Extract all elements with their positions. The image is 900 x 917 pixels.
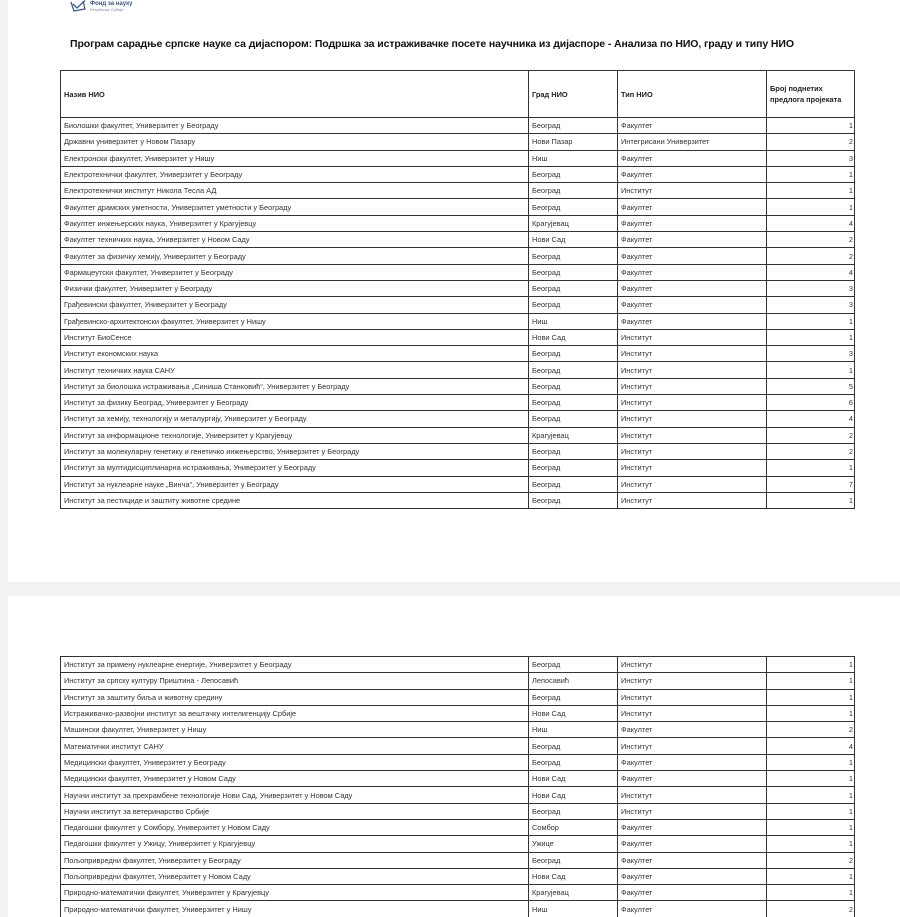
- cell-city: Нови Сад: [529, 771, 618, 787]
- table-row: Институт за пестициде и заштиту животне …: [61, 492, 855, 508]
- cell-count: 1: [767, 787, 855, 803]
- cell-city: Нови Пазар: [529, 134, 618, 150]
- cell-type: Факултет: [618, 852, 767, 868]
- cell-name: Научни институт за прехрамбене технологи…: [61, 787, 529, 803]
- cell-name: Физички факултет, Универзитет у Београду: [61, 280, 529, 296]
- cell-city: Нови Сад: [529, 868, 618, 884]
- cell-name: Институт за биолошка истраживања „Синиша…: [61, 378, 529, 394]
- table-row: Грађевински факултет, Универзитет у Беог…: [61, 297, 855, 313]
- table-row: Институт за нуклеарне науке „Винча“, Уни…: [61, 476, 855, 492]
- cell-name: Институт за нуклеарне науке „Винча“, Уни…: [61, 476, 529, 492]
- checkmark-envelope-icon: [70, 0, 86, 13]
- cell-type: Институт: [618, 673, 767, 689]
- cell-count: 1: [767, 803, 855, 819]
- cell-type: Интегрисани Универзитет: [618, 134, 767, 150]
- table-row: Факултет за физичку хемију, Универзитет …: [61, 248, 855, 264]
- document-title: Програм сарадње српске науке са дијаспор…: [70, 38, 794, 50]
- table-row: Физички факултет, Универзитет у Београду…: [61, 280, 855, 296]
- cell-count: 2: [767, 248, 855, 264]
- cell-count: 1: [767, 183, 855, 199]
- cell-type: Факултет: [618, 771, 767, 787]
- cell-name: Државни универзитет у Новом Пазару: [61, 134, 529, 150]
- cell-name: Природно-математички факултет, Универзит…: [61, 885, 529, 901]
- cell-name: Институт техничких наука САНУ: [61, 362, 529, 378]
- cell-name: Педагошки факултет у Ужицу, Универзитет …: [61, 836, 529, 852]
- cell-city: Нови Сад: [529, 705, 618, 721]
- cell-city: Ниш: [529, 150, 618, 166]
- cell-count: 2: [767, 722, 855, 738]
- cell-type: Факултет: [618, 264, 767, 280]
- cell-type: Институт: [618, 427, 767, 443]
- cell-count: 2: [767, 232, 855, 248]
- table-row: Природно-математички факултет, Универзит…: [61, 901, 855, 917]
- logo-subtitle: Републике Србије: [90, 8, 132, 12]
- table-row: Институт БиоСенсеНови СадИнститут1: [61, 329, 855, 345]
- cell-name: Факултет драмских уметности, Универзитет…: [61, 199, 529, 215]
- table-row: Институт за молекуларну генетику и генет…: [61, 443, 855, 459]
- cell-count: 1: [767, 673, 855, 689]
- cell-city: Београд: [529, 460, 618, 476]
- fund-logo: Фонд за науку Републике Србије: [70, 0, 132, 13]
- table-row: Научни институт за ветеринарство СрбијеБ…: [61, 803, 855, 819]
- cell-city: Нови Сад: [529, 329, 618, 345]
- cell-city: Београд: [529, 199, 618, 215]
- table-row: Факултет инжењерских наука, Универзитет …: [61, 215, 855, 231]
- cell-city: Београд: [529, 476, 618, 492]
- cell-count: 3: [767, 297, 855, 313]
- cell-count: 1: [767, 460, 855, 476]
- table-row: Педагошки факултет у Ужицу, Универзитет …: [61, 836, 855, 852]
- cell-type: Факултет: [618, 722, 767, 738]
- table-row: Грађевинско-архитектонски факултет, Унив…: [61, 313, 855, 329]
- cell-type: Институт: [618, 329, 767, 345]
- cell-count: 2: [767, 134, 855, 150]
- cell-type: Факултет: [618, 232, 767, 248]
- cell-count: 2: [767, 901, 855, 917]
- cell-city: Београд: [529, 183, 618, 199]
- table-row: Истраживачко-развојни институт за вештач…: [61, 705, 855, 721]
- table-row: Институт за примену нуклеарне енергије, …: [61, 657, 855, 673]
- table-row: Медицински факултет, Универзитет у Новом…: [61, 771, 855, 787]
- cell-type: Институт: [618, 395, 767, 411]
- table-row: Институт за хемију, технологију и металу…: [61, 411, 855, 427]
- table-row: Институт за информационе технологије, Ун…: [61, 427, 855, 443]
- cell-count: 1: [767, 836, 855, 852]
- cell-name: Биолошки факултет, Универзитет у Београд…: [61, 118, 529, 134]
- cell-type: Факултет: [618, 819, 767, 835]
- table-row: Електронски факултет, Универзитет у Нишу…: [61, 150, 855, 166]
- cell-city: Београд: [529, 166, 618, 182]
- cell-type: Факултет: [618, 297, 767, 313]
- cell-count: 1: [767, 166, 855, 182]
- cell-count: 6: [767, 395, 855, 411]
- cell-type: Институт: [618, 705, 767, 721]
- cell-name: Институт за пестициде и заштиту животне …: [61, 492, 529, 508]
- cell-name: Математички институт САНУ: [61, 738, 529, 754]
- table-row: Факултет техничких наука, Универзитет у …: [61, 232, 855, 248]
- table-row: Математички институт САНУБеоградИнститут…: [61, 738, 855, 754]
- cell-name: Институт за српску културу Приштина - Ле…: [61, 673, 529, 689]
- table-row: Институт економских наукаБеоградИнститут…: [61, 346, 855, 362]
- cell-type: Факултет: [618, 885, 767, 901]
- cell-count: 1: [767, 754, 855, 770]
- cell-name: Електротехнички факултет, Универзитет у …: [61, 166, 529, 182]
- cell-type: Факултет: [618, 150, 767, 166]
- table-row: Државни универзитет у Новом ПазаруНови П…: [61, 134, 855, 150]
- cell-count: 4: [767, 215, 855, 231]
- cell-count: 3: [767, 346, 855, 362]
- cell-city: Крагујевац: [529, 215, 618, 231]
- cell-count: 1: [767, 819, 855, 835]
- cell-name: Пољопривредни факултет, Универзитет у Но…: [61, 868, 529, 884]
- cell-name: Институт за физику Београд, Универзитет …: [61, 395, 529, 411]
- cell-name: Природно-математички факултет, Универзит…: [61, 901, 529, 917]
- cell-type: Институт: [618, 183, 767, 199]
- cell-city: Ужице: [529, 836, 618, 852]
- cell-city: Сомбор: [529, 819, 618, 835]
- cell-type: Факултет: [618, 199, 767, 215]
- cell-count: 3: [767, 150, 855, 166]
- cell-type: Институт: [618, 411, 767, 427]
- cell-city: Београд: [529, 492, 618, 508]
- cell-name: Факултет инжењерских наука, Универзитет …: [61, 215, 529, 231]
- cell-count: 1: [767, 362, 855, 378]
- cell-name: Електронски факултет, Универзитет у Нишу: [61, 150, 529, 166]
- cell-type: Факултет: [618, 836, 767, 852]
- cell-city: Београд: [529, 264, 618, 280]
- cell-count: 1: [767, 492, 855, 508]
- cell-count: 2: [767, 852, 855, 868]
- table-row: Институт за мултидисциплинарна истражива…: [61, 460, 855, 476]
- cell-count: 1: [767, 199, 855, 215]
- cell-count: 3: [767, 280, 855, 296]
- cell-type: Институт: [618, 787, 767, 803]
- cell-name: Институт за мултидисциплинарна истражива…: [61, 460, 529, 476]
- header-name: Назив НИО: [61, 71, 529, 118]
- cell-type: Факултет: [618, 166, 767, 182]
- header-type: Тип НИО: [618, 71, 767, 118]
- cell-name: Грађевинско-архитектонски факултет, Унив…: [61, 313, 529, 329]
- cell-city: Београд: [529, 443, 618, 459]
- header-count: Број поднетих предлога пројеката: [767, 71, 855, 118]
- cell-city: Ниш: [529, 313, 618, 329]
- cell-count: 4: [767, 264, 855, 280]
- cell-type: Институт: [618, 492, 767, 508]
- cell-name: Педагошки факултет у Сомбору, Универзите…: [61, 819, 529, 835]
- cell-city: Београд: [529, 738, 618, 754]
- cell-type: Факултет: [618, 901, 767, 917]
- document-page-2: Институт за примену нуклеарне енергије, …: [8, 596, 900, 917]
- cell-city: Београд: [529, 297, 618, 313]
- cell-city: Београд: [529, 395, 618, 411]
- cell-name: Медицински факултет, Универзитет у Беогр…: [61, 754, 529, 770]
- cell-type: Институт: [618, 689, 767, 705]
- table-row: Институт за заштиту биља и животну среди…: [61, 689, 855, 705]
- cell-count: 1: [767, 705, 855, 721]
- cell-name: Институт за заштиту биља и животну среди…: [61, 689, 529, 705]
- cell-count: 1: [767, 313, 855, 329]
- cell-type: Факултет: [618, 118, 767, 134]
- cell-type: Факултет: [618, 754, 767, 770]
- cell-name: Пољопривредни факултет, Универзитет у Бе…: [61, 852, 529, 868]
- header-city: Град НИО: [529, 71, 618, 118]
- cell-type: Институт: [618, 443, 767, 459]
- cell-city: Крагујевац: [529, 427, 618, 443]
- cell-name: Институт за хемију, технологију и металу…: [61, 411, 529, 427]
- table-row: Електротехнички институт Никола Тесла АД…: [61, 183, 855, 199]
- cell-city: Лепосавић: [529, 673, 618, 689]
- cell-count: 4: [767, 738, 855, 754]
- cell-name: Институт за примену нуклеарне енергије, …: [61, 657, 529, 673]
- cell-type: Факултет: [618, 313, 767, 329]
- table-row: Педагошки факултет у Сомбору, Универзите…: [61, 819, 855, 835]
- cell-type: Институт: [618, 476, 767, 492]
- cell-name: Институт економских наука: [61, 346, 529, 362]
- table-header-row: Назив НИО Град НИО Тип НИО Број поднетих…: [61, 71, 855, 118]
- cell-city: Нови Сад: [529, 232, 618, 248]
- cell-name: Грађевински факултет, Универзитет у Беог…: [61, 297, 529, 313]
- cell-city: Београд: [529, 362, 618, 378]
- cell-type: Институт: [618, 346, 767, 362]
- cell-type: Институт: [618, 657, 767, 673]
- cell-city: Београд: [529, 248, 618, 264]
- cell-name: Фармацеутски факултет, Универзитет у Бео…: [61, 264, 529, 280]
- cell-count: 1: [767, 885, 855, 901]
- cell-name: Институт за информационе технологије, Ун…: [61, 427, 529, 443]
- cell-count: 2: [767, 443, 855, 459]
- table-row: Институт за физику Београд, Универзитет …: [61, 395, 855, 411]
- cell-count: 1: [767, 689, 855, 705]
- table-row: Факултет драмских уметности, Универзитет…: [61, 199, 855, 215]
- cell-name: Истраживачко-развојни институт за вештач…: [61, 705, 529, 721]
- table-row: Научни институт за прехрамбене технологи…: [61, 787, 855, 803]
- cell-type: Факултет: [618, 868, 767, 884]
- cell-type: Институт: [618, 378, 767, 394]
- cell-city: Београд: [529, 657, 618, 673]
- cell-city: Београд: [529, 118, 618, 134]
- cell-name: Медицински факултет, Универзитет у Новом…: [61, 771, 529, 787]
- cell-name: Факултет техничких наука, Универзитет у …: [61, 232, 529, 248]
- cell-count: 4: [767, 411, 855, 427]
- cell-city: Ниш: [529, 901, 618, 917]
- cell-city: Београд: [529, 346, 618, 362]
- cell-name: Машински факултет, Универзитет у Нишу: [61, 722, 529, 738]
- table-row: Фармацеутски факултет, Универзитет у Бео…: [61, 264, 855, 280]
- cell-city: Београд: [529, 689, 618, 705]
- cell-type: Факултет: [618, 215, 767, 231]
- table-row: Институт за српску културу Приштина - Ле…: [61, 673, 855, 689]
- table-row: Машински факултет, Универзитет у НишуНиш…: [61, 722, 855, 738]
- cell-count: 5: [767, 378, 855, 394]
- cell-count: 1: [767, 771, 855, 787]
- cell-type: Факултет: [618, 248, 767, 264]
- cell-city: Београд: [529, 378, 618, 394]
- cell-city: Београд: [529, 411, 618, 427]
- cell-count: 1: [767, 329, 855, 345]
- cell-name: Институт БиоСенсе: [61, 329, 529, 345]
- cell-type: Факултет: [618, 280, 767, 296]
- cell-count: 2: [767, 427, 855, 443]
- cell-count: 1: [767, 118, 855, 134]
- cell-city: Крагујевац: [529, 885, 618, 901]
- cell-city: Ниш: [529, 722, 618, 738]
- cell-city: Београд: [529, 852, 618, 868]
- table-row: Медицински факултет, Универзитет у Беогр…: [61, 754, 855, 770]
- cell-city: Београд: [529, 280, 618, 296]
- table-row: Природно-математички факултет, Универзит…: [61, 885, 855, 901]
- cell-type: Институт: [618, 460, 767, 476]
- table-row: Пољопривредни факултет, Универзитет у Но…: [61, 868, 855, 884]
- table-row: Електротехнички факултет, Универзитет у …: [61, 166, 855, 182]
- cell-type: Институт: [618, 803, 767, 819]
- cell-count: 1: [767, 868, 855, 884]
- table-row: Биолошки факултет, Универзитет у Београд…: [61, 118, 855, 134]
- table-row: Институт техничких наука САНУБеоградИнст…: [61, 362, 855, 378]
- cell-name: Институт за молекуларну генетику и генет…: [61, 443, 529, 459]
- cell-type: Институт: [618, 362, 767, 378]
- cell-count: 7: [767, 476, 855, 492]
- cell-city: Нови Сад: [529, 787, 618, 803]
- table-row: Пољопривредни факултет, Универзитет у Бе…: [61, 852, 855, 868]
- cell-type: Институт: [618, 738, 767, 754]
- cell-count: 1: [767, 657, 855, 673]
- cell-city: Београд: [529, 754, 618, 770]
- cell-name: Факултет за физичку хемију, Универзитет …: [61, 248, 529, 264]
- cell-name: Научни институт за ветеринарство Србије: [61, 803, 529, 819]
- cell-name: Електротехнички институт Никола Тесла АД: [61, 183, 529, 199]
- document-page-1: Фонд за науку Републике Србије Програм с…: [8, 0, 900, 582]
- cell-city: Београд: [529, 803, 618, 819]
- nio-table-page-2: Институт за примену нуклеарне енергије, …: [60, 656, 855, 917]
- table-row: Институт за биолошка истраживања „Синиша…: [61, 378, 855, 394]
- nio-table-page-1: Назив НИО Град НИО Тип НИО Број поднетих…: [60, 70, 855, 509]
